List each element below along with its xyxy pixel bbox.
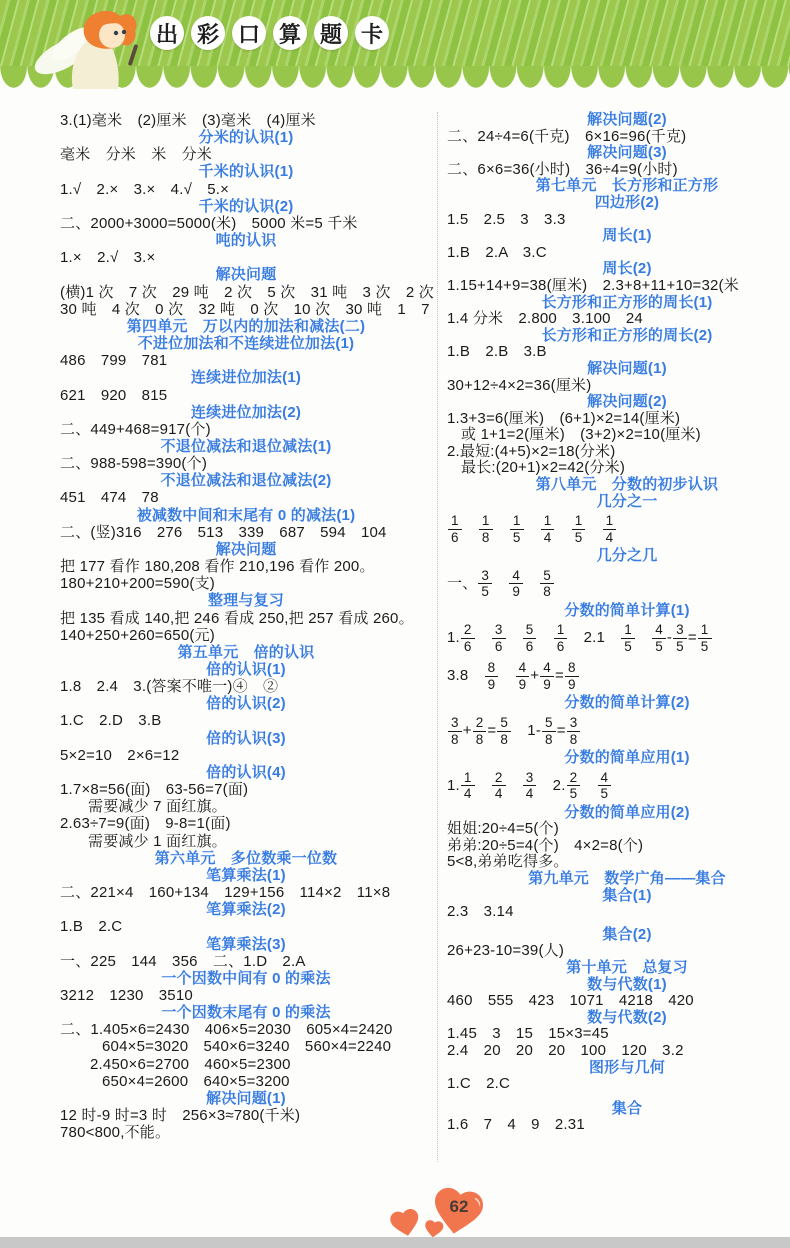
logo-char-text: 彩 (197, 18, 219, 49)
answer-line: 一、35 49 58 (447, 565, 790, 603)
book-logo: 出 彩 口 算 题 卡 (150, 16, 389, 50)
answer-line: 二、2000+3000=5000(米) 5000 米=5 千米 (60, 215, 432, 232)
answer-line: 2.最短:(4+5)×2=18(分米) (447, 444, 790, 461)
fraction: 26 (461, 622, 475, 654)
section-heading: 第四单元 万以内的加法和减法(二) (60, 318, 432, 335)
answer-line: 16 18 15 14 15 14 (447, 510, 790, 548)
section-heading: 笔算乘法(3) (60, 936, 432, 953)
section-heading: 不退位减法和退位减法(1) (60, 438, 432, 455)
answer-line: 1.5 2.5 3 3.3 (447, 212, 790, 229)
fraction: 18 (479, 513, 493, 545)
answer-line: 或 1+1=2(厘米) (3+2)×2=10(厘米) (447, 427, 790, 444)
answer-line: 451 474 78 (60, 489, 432, 506)
logo-char-text: 出 (156, 18, 178, 49)
heart-icon (385, 1203, 425, 1240)
section-heading: 数与代数(1) (447, 977, 790, 994)
section-heading: 一个因数末尾有 0 的乘法 (60, 1004, 432, 1021)
fraction: 14 (603, 513, 617, 545)
answer-line: 最长:(20+1)×2=42(分米) (447, 460, 790, 477)
section-heading: 倍的认识(3) (60, 730, 432, 747)
section-heading: 解决问题 (60, 541, 432, 558)
section-heading: 千米的认识(1) (60, 163, 432, 180)
section-heading: 连续进位加法(2) (60, 404, 432, 421)
answer-line: 3212 1230 3510 (60, 987, 432, 1004)
logo-char-text: 算 (279, 18, 301, 49)
section-heading: 倍的认识(4) (60, 764, 432, 781)
logo-char-text: 卡 (361, 18, 383, 49)
answer-line: 12 时-9 时=3 时 256×3≈780(千米) (60, 1107, 432, 1124)
fraction: 15 (510, 513, 524, 545)
answer-line: 1.4 分米 2.800 3.100 24 (447, 311, 790, 328)
section-heading: 数与代数(2) (447, 1010, 790, 1027)
fraction: 28 (473, 715, 487, 747)
fraction: 49 (516, 660, 530, 692)
answer-line: 3.8 89 49+49=89 (447, 657, 790, 695)
fraction: 15 (698, 622, 712, 654)
section-heading: 长方形和正方形的周长(1) (447, 295, 790, 312)
section-heading: 几分之几 (447, 548, 790, 565)
section-heading: 几分之一 (447, 494, 790, 511)
answer-line: 二、(竖)316 276 513 339 687 594 104 (60, 524, 432, 541)
right-column: 解决问题(2)二、24÷4=6(千克) 6×16=96(千克)解决问题(3)二、… (447, 112, 790, 1134)
answer-line: 需要减少 7 面红旗。 (60, 798, 432, 815)
fraction: 45 (652, 622, 666, 654)
section-heading: 集合(1) (447, 888, 790, 905)
answer-line: 二、24÷4=6(千克) 6×16=96(千克) (447, 129, 790, 146)
fraction: 58 (542, 715, 556, 747)
fraction: 58 (497, 715, 511, 747)
answer-line: 30+12÷4×2=36(厘米) (447, 378, 790, 395)
fraction: 49 (540, 660, 554, 692)
footer-bar (0, 1237, 790, 1248)
section-heading: 倍的认识(1) (60, 661, 432, 678)
answer-line: 姐姐:20÷4=5(个) (447, 821, 790, 838)
fraction: 16 (554, 622, 568, 654)
answer-line: 把 177 看作 180,208 看作 210,196 看作 200。 (60, 558, 432, 575)
answer-line: 1.C 2.D 3.B (60, 712, 432, 729)
section-heading: 解决问题 (60, 266, 432, 283)
section-heading: 解决问题(2) (447, 394, 790, 411)
logo-char: 算 (273, 16, 307, 50)
section-heading: 一个因数中间有 0 的乘法 (60, 970, 432, 987)
answer-line: 1.3+3=6(厘米) (6+1)×2=14(厘米) (447, 411, 790, 428)
section-heading: 不退位减法和退位减法(2) (60, 472, 432, 489)
answer-line: 1.√ 2.× 3.× 4.√ 5.× (60, 181, 432, 198)
answer-line: 780<800,不能。 (60, 1124, 432, 1141)
fraction: 16 (448, 513, 462, 545)
answer-line: 二、221×4 160+134 129+156 114×2 11×8 (60, 884, 432, 901)
section-heading: 吨的认识 (60, 232, 432, 249)
section-heading: 分米的认识(1) (60, 129, 432, 146)
section-heading: 集合 (447, 1101, 790, 1118)
answer-line: 把 135 看成 140,把 246 看成 250,把 257 看成 260。 (60, 610, 432, 627)
answer-line: 1.7×8=56(面) 63-56=7(面) (60, 781, 432, 798)
logo-char: 出 (150, 16, 184, 50)
fraction: 58 (540, 568, 554, 600)
answer-line: 30 吨 4 次 0 次 32 吨 0 次 10 次 30 吨 1 7 (60, 301, 432, 318)
answer-line: 1.45 3 15 15×3=45 (447, 1026, 790, 1043)
answer-line: 2.4 20 20 20 100 120 3.2 (447, 1043, 790, 1060)
section-heading: 不进位加法和不连续进位加法(1) (60, 335, 432, 352)
section-heading: 图形与几何 (447, 1060, 790, 1077)
fraction: 15 (572, 513, 586, 545)
answer-line: 5×2=10 2×6=12 (60, 747, 432, 764)
left-column: 3.(1)毫米 (2)厘米 (3)毫米 (4)厘米分米的认识(1)毫米 分米 米… (60, 112, 432, 1141)
section-heading: 解决问题(1) (447, 361, 790, 378)
section-heading: 笔算乘法(2) (60, 901, 432, 918)
section-heading: 四边形(2) (447, 195, 790, 212)
section-heading: 第七单元 长方形和正方形 (447, 178, 790, 195)
logo-char: 口 (232, 16, 266, 50)
section-heading: 长方形和正方形的周长(2) (447, 328, 790, 345)
answer-line: 180+210+200=590(支) (60, 575, 432, 592)
answer-line: 二、6×6=36(小时) 36÷4=9(小时) (447, 162, 790, 179)
answer-line: 26+23-10=39(人) (447, 943, 790, 960)
section-heading: 分数的简单应用(1) (447, 750, 790, 767)
fraction: 25 (567, 770, 581, 802)
section-heading: 被减数中间和末尾有 0 的减法(1) (60, 507, 432, 524)
answer-line: 140+250+260=650(元) (60, 627, 432, 644)
section-heading: 分数的简单计算(2) (447, 695, 790, 712)
answer-line: 1.14 24 34 2.25 45 (447, 767, 790, 805)
section-heading: 整理与复习 (60, 592, 432, 609)
section-heading: 第八单元 分数的初步认识 (447, 477, 790, 494)
answer-line: 一、225 144 356 二、1.D 2.A (60, 953, 432, 970)
answer-line: 弟弟:20÷5=4(个) 4×2=8(个) (447, 838, 790, 855)
answer-line: 621 920 815 (60, 387, 432, 404)
section-heading: 解决问题(3) (447, 145, 790, 162)
answer-line: 1.B 2.C (60, 918, 432, 935)
section-heading: 周长(2) (447, 261, 790, 278)
answer-line: 1.B 2.A 3.C (447, 245, 790, 262)
section-heading: 第六单元 多位数乘一位数 (60, 850, 432, 867)
logo-char: 彩 (191, 16, 225, 50)
answer-line: 1.× 2.√ 3.× (60, 249, 432, 266)
answer-line: 38+28=58 1-58=38 (447, 712, 790, 750)
section-heading: 分数的简单计算(1) (447, 603, 790, 620)
logo-char: 卡 (355, 16, 389, 50)
section-heading: 第十单元 总复习 (447, 960, 790, 977)
section-heading: 周长(1) (447, 228, 790, 245)
answer-line: 1.26 36 56 16 2.1 15 45-35=15 (447, 619, 790, 657)
fraction: 36 (492, 622, 506, 654)
page-number: 62 (431, 1197, 487, 1217)
fraction: 38 (448, 715, 462, 747)
answer-line: 486 799 781 (60, 352, 432, 369)
answer-line: 1.6 7 4 9 2.31 (447, 1117, 790, 1134)
fraction: 24 (492, 770, 506, 802)
fraction: 14 (541, 513, 555, 545)
fraction: 89 (485, 660, 499, 692)
fraction: 89 (565, 660, 579, 692)
section-heading: 第五单元 倍的认识 (60, 644, 432, 661)
fraction: 56 (523, 622, 537, 654)
fraction: 49 (509, 568, 523, 600)
answer-line: 650×4=2600 640×5=3200 (60, 1073, 432, 1090)
section-heading: 连续进位加法(1) (60, 369, 432, 386)
answer-line: 3.(1)毫米 (2)厘米 (3)毫米 (4)厘米 (60, 112, 432, 129)
answer-line: 1.B 2.B 3.B (447, 344, 790, 361)
answer-line: 二、449+468=917(个) (60, 421, 432, 438)
answer-line: 二、1.405×6=2430 406×5=2030 605×4=2420 (60, 1021, 432, 1038)
fraction: 45 (598, 770, 612, 802)
answer-line: 1.8 2.4 3.(答案不唯一)④ ② (60, 678, 432, 695)
answer-line: (横)1 次 7 次 29 吨 2 次 5 次 31 吨 3 次 2 次 (60, 284, 432, 301)
section-heading: 倍的认识(2) (60, 695, 432, 712)
section-heading: 千米的认识(2) (60, 198, 432, 215)
answer-line: 2.450×6=2700 460×5=2300 (60, 1056, 432, 1073)
section-heading: 解决问题(1) (60, 1090, 432, 1107)
answer-line: 毫米 分米 米 分米 (60, 146, 432, 163)
answer-line: 5<8,弟弟吃得多。 (447, 854, 790, 871)
section-heading: 集合(2) (447, 927, 790, 944)
fraction: 38 (567, 715, 581, 747)
fraction: 14 (461, 770, 475, 802)
fraction: 35 (478, 568, 492, 600)
answer-line: 1.15+14+9=38(厘米) 2.3+8+11+10=32(米 (447, 278, 790, 295)
section-heading: 第九单元 数学广角——集合 (447, 871, 790, 888)
answer-line: 需要减少 1 面红旗。 (60, 833, 432, 850)
logo-char: 题 (314, 16, 348, 50)
fraction: 34 (523, 770, 537, 802)
fraction: 35 (673, 622, 687, 654)
answer-line: 1.C 2.C (447, 1076, 790, 1093)
logo-char-text: 口 (238, 18, 260, 49)
answer-line: 460 555 423 1071 4218 420 (447, 993, 790, 1010)
fraction: 15 (621, 622, 635, 654)
answer-line: 2.3 3.14 (447, 904, 790, 921)
column-divider (437, 112, 438, 1162)
answer-line: 604×5=3020 540×6=3240 560×4=2240 (60, 1038, 432, 1055)
mascot-angel-girl-illustration (14, 4, 154, 90)
answer-line: 2.63÷7=9(面) 9-8=1(面) (60, 815, 432, 832)
section-heading: 笔算乘法(1) (60, 867, 432, 884)
section-heading: 分数的简单应用(2) (447, 805, 790, 822)
section-heading: 解决问题(2) (447, 112, 790, 129)
logo-char-text: 题 (320, 18, 342, 49)
answer-line: 二、988-598=390(个) (60, 455, 432, 472)
